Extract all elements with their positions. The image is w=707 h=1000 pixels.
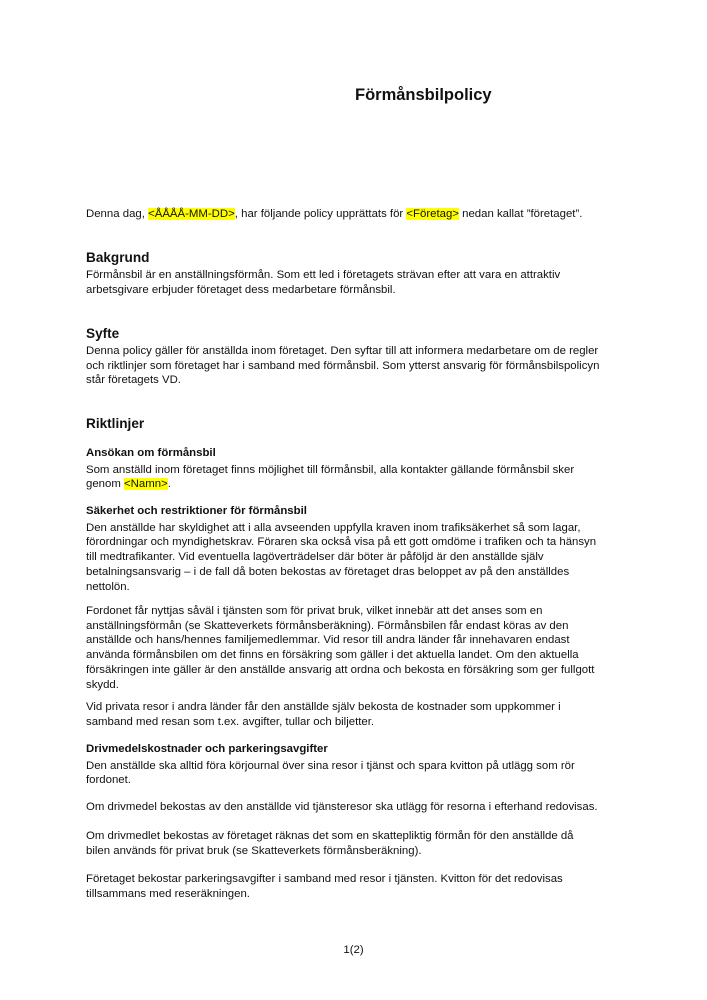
paragraph-line: Förmånsbil är en anställningsförmån. Som… — [86, 268, 646, 283]
paragraph-line: Den anställde ska alltid föra körjournal… — [86, 759, 646, 774]
paragraph-line: Som anställd inom företaget finns möjlig… — [86, 463, 646, 478]
company-placeholder[interactable]: <Företag> — [406, 208, 459, 220]
paragraph-line: anställningsförmån (se Skatteverkets för… — [86, 619, 646, 634]
intro-paragraph: Denna dag, <ÅÅÅÅ-MM-DD>, har följande po… — [86, 207, 646, 222]
subsection-ansokan: Ansökan om förmånsbil Som anställd inom … — [86, 446, 646, 492]
name-placeholder[interactable]: <Namn> — [124, 478, 168, 490]
paragraph-line: samband med resan som t.ex. avgifter, tu… — [86, 715, 646, 730]
section-bakgrund: Bakgrund Förmånsbil är en anställningsfö… — [86, 250, 646, 297]
paragraph-drivmedel-foretaget: Om drivmedlet bekostas av företaget räkn… — [86, 829, 646, 858]
subsection-sakerhet: Säkerhet och restriktioner för förmånsbi… — [86, 504, 646, 594]
section-syfte: Syfte Denna policy gäller för anställda … — [86, 326, 646, 388]
document-page: Förmånsbilpolicy Denna dag, <ÅÅÅÅ-MM-DD>… — [0, 0, 707, 1000]
paragraph-line: tillsammans med reseräkningen. — [86, 887, 646, 902]
intro-text: Denna dag, — [86, 208, 148, 220]
paragraph-line: Fordonet får nyttjas såväl i tjänsten so… — [86, 604, 646, 619]
paragraph-line: nettolön. — [86, 580, 646, 595]
paragraph-line: Om drivmedel bekostas av den anställde v… — [86, 800, 646, 815]
paragraph-line: Vid privata resor i andra länder får den… — [86, 700, 646, 715]
paragraph-line: försäkringen inte gäller är den anställd… — [86, 663, 646, 678]
paragraph-privata-resor: Vid privata resor i andra länder får den… — [86, 700, 646, 729]
section-heading: Bakgrund — [86, 250, 646, 266]
paragraph-line: använda förmånsbilen om det finns en för… — [86, 648, 646, 663]
paragraph-line: och riktlinjer som företaget har i samba… — [86, 359, 646, 374]
paragraph-line: betalningsansvarig – i de fall då boten … — [86, 565, 646, 580]
section-heading: Syfte — [86, 326, 646, 342]
paragraph-fordonet: Fordonet får nyttjas såväl i tjänsten so… — [86, 604, 646, 692]
paragraph-line: skydd. — [86, 678, 646, 693]
intro-text: , har följande policy upprättats för — [235, 208, 407, 220]
subsection-heading: Ansökan om förmånsbil — [86, 446, 646, 461]
paragraph-text: . — [168, 478, 171, 490]
paragraph-drivmedel-anstallde: Om drivmedel bekostas av den anställde v… — [86, 800, 646, 815]
paragraph-line: Företaget bekostar parkeringsavgifter i … — [86, 872, 646, 887]
paragraph-line: till medtrafikanter. Vid eventuella lagö… — [86, 550, 646, 565]
paragraph-line: arbetsgivare erbjuder företaget dess med… — [86, 283, 646, 298]
page-number: 1(2) — [0, 944, 707, 956]
paragraph-line: förordningar och myndighetskrav. Föraren… — [86, 535, 646, 550]
subsection-heading: Säkerhet och restriktioner för förmånsbi… — [86, 504, 646, 519]
paragraph-line: fordonet. — [86, 773, 646, 788]
paragraph-line: Denna policy gäller för anställda inom f… — [86, 344, 646, 359]
section-heading: Riktlinjer — [86, 416, 646, 432]
paragraph-line: Om drivmedlet bekostas av företaget räkn… — [86, 829, 646, 844]
paragraph-line: står företagets VD. — [86, 373, 646, 388]
subsection-heading: Drivmedelskostnader och parkeringsavgift… — [86, 742, 646, 757]
paragraph-line: bilen används för privat bruk (se Skatte… — [86, 844, 646, 859]
date-placeholder[interactable]: <ÅÅÅÅ-MM-DD> — [148, 208, 235, 220]
paragraph-parkering: Företaget bekostar parkeringsavgifter i … — [86, 872, 646, 901]
section-riktlinjer: Riktlinjer — [86, 416, 646, 434]
paragraph-line: Den anställde har skyldighet att i alla … — [86, 521, 646, 536]
document-title: Förmånsbilpolicy — [355, 86, 492, 105]
paragraph-line: anställde och hans/hennes familjemedlemm… — [86, 633, 646, 648]
paragraph-text: genom — [86, 478, 124, 490]
intro-text: nedan kallat ”företaget”. — [459, 208, 582, 220]
subsection-drivmedel: Drivmedelskostnader och parkeringsavgift… — [86, 742, 646, 788]
